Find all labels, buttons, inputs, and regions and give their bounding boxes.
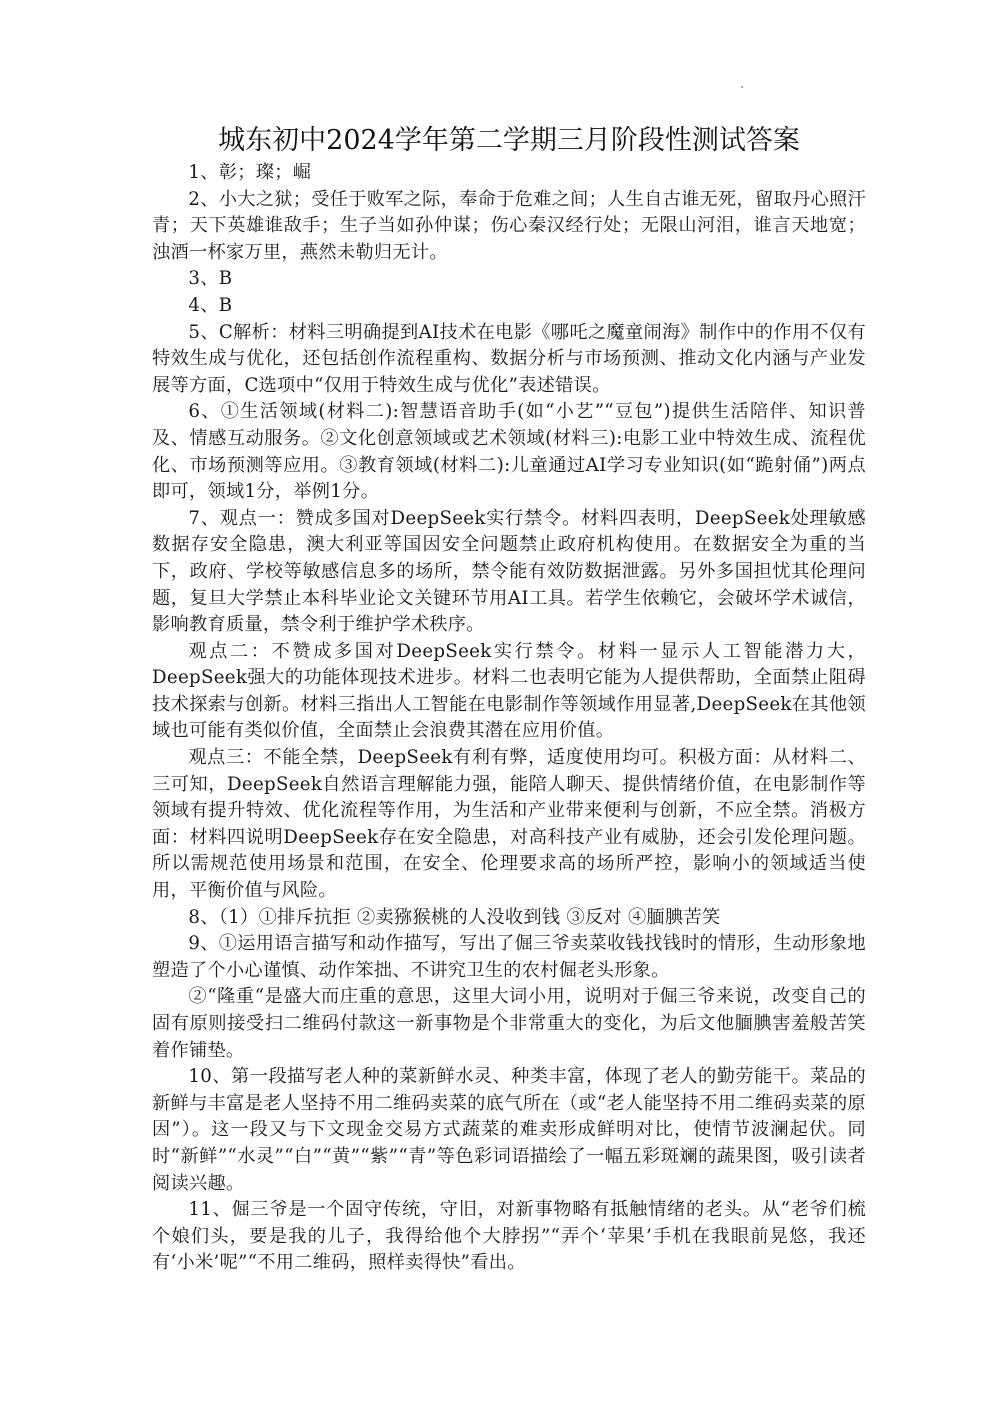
- answer-q9-part-2: ②“隆重“是盛大而庄重的意思，这里大词小用，说明对于倔三爷来说，改变自己的固有原…: [152, 984, 866, 1064]
- answer-q2: 2、小大之狱；受任于败军之际，奉命于危难之间；人生自古谁无死，留取丹心照汗青；天…: [152, 187, 866, 267]
- document-title: 城东初中2024学年第二学期三月阶段性测试答案: [152, 124, 866, 158]
- scan-speck: [741, 86, 743, 88]
- answer-document: 城东初中2024学年第二学期三月阶段性测试答案 1、彰；璨；崛 2、小大之狱；受…: [152, 124, 866, 1277]
- answer-q7-viewpoint-3: 观点三：不能全禁，DeepSeek有利有弊，适度使用均可。积极方面：从材料二、三…: [152, 745, 866, 905]
- answer-q5: 5、C解析：材料三明确提到AI技术在电影《哪吒之魔童闹海》制作中的作用不仅有特效…: [152, 320, 866, 400]
- answer-q4: 4、B: [152, 293, 866, 320]
- answer-q7-viewpoint-1: 7、观点一：赞成多国对DeepSeek实行禁令。材料四表明，DeepSeek处理…: [152, 506, 866, 639]
- answer-q10: 10、第一段描写老人种的菜新鲜水灵、种类丰富，体现了老人的勤劳能干。菜品的新鲜与…: [152, 1064, 866, 1197]
- answer-q11: 11、倔三爷是一个固守传统，守旧，对新事物略有抵触情绪的老头。从“老爷们梳个娘们…: [152, 1197, 866, 1277]
- answer-q9-part-1: 9、①运用语言描写和动作描写，写出了倔三爷卖菜收钱找钱时的情形，生动形象地塑造了…: [152, 931, 866, 984]
- answer-q7-viewpoint-2: 观点二：不赞成多国对DeepSeek实行禁令。材料一显示人工智能潜力大，Deep…: [152, 639, 866, 745]
- answer-q3: 3、B: [152, 266, 866, 293]
- answer-q6: 6、①生活领域(材料二):智慧语音助手(如“小艺”“豆包”)提供生活陪伴、知识普…: [152, 399, 866, 505]
- answer-q1: 1、彰；璨；崛: [152, 160, 866, 187]
- answer-q8: 8、（1）①排斥抗拒 ②卖猕猴桃的人没收到钱 ③反对 ④腼腆苦笑: [152, 905, 866, 932]
